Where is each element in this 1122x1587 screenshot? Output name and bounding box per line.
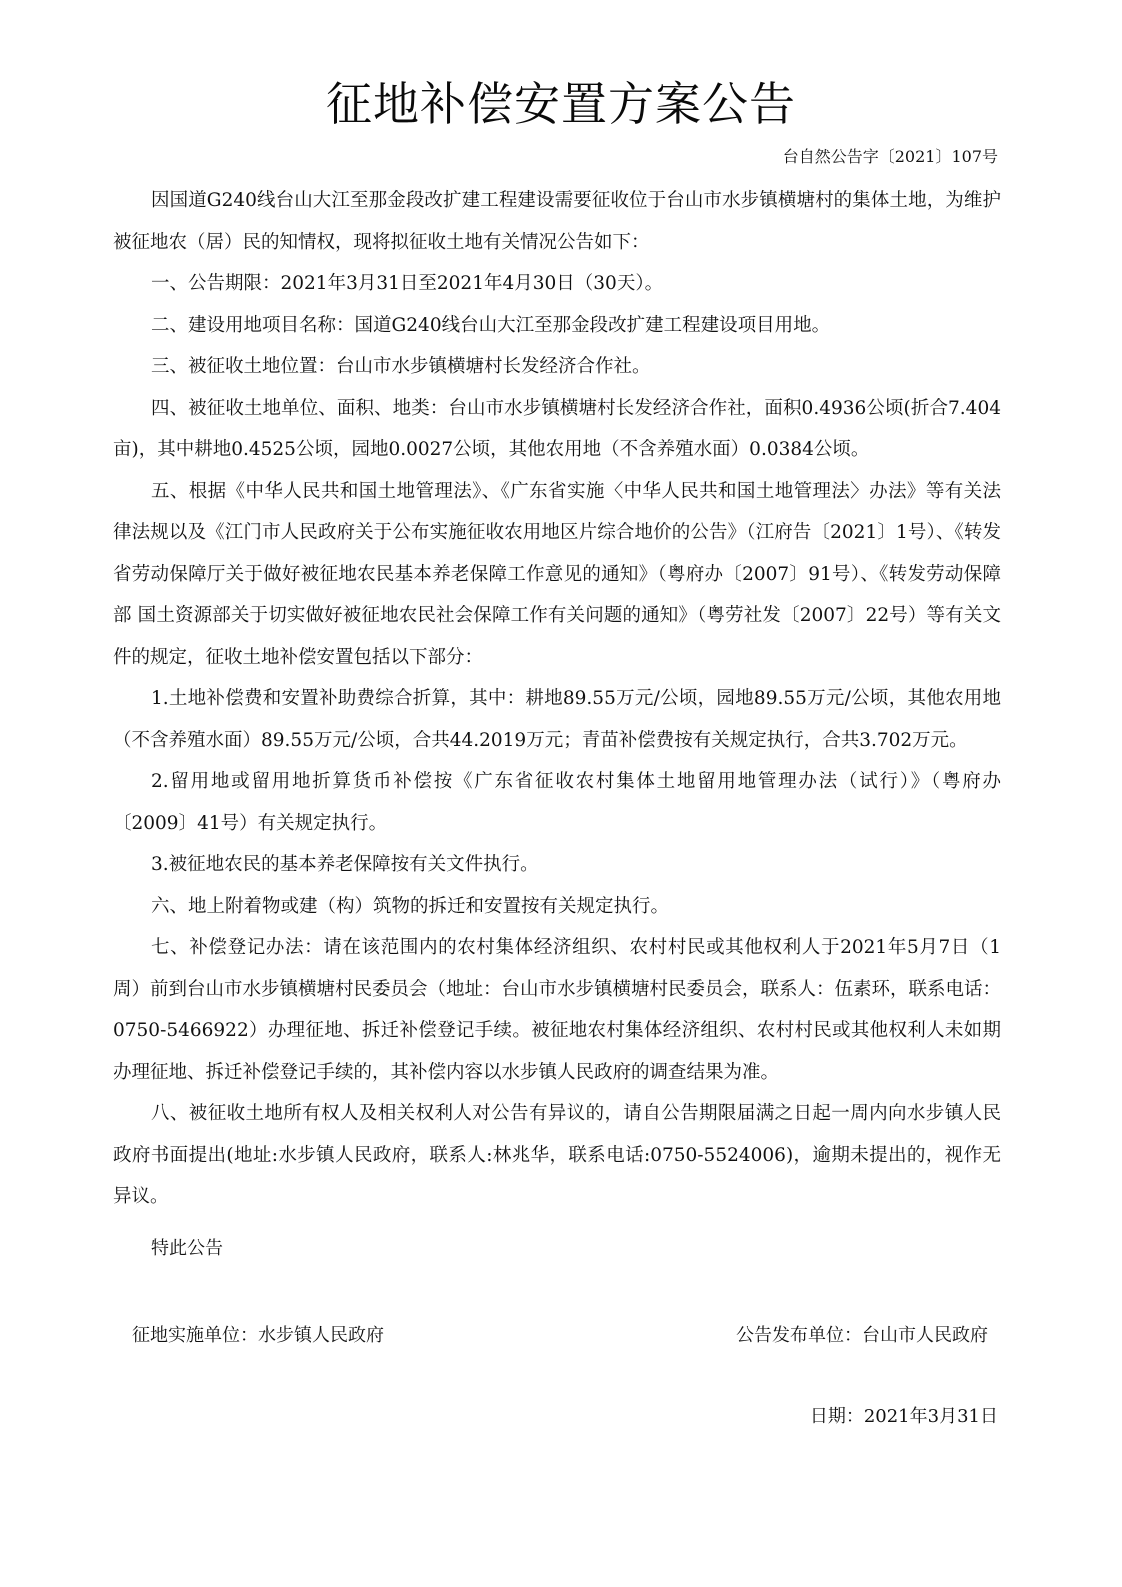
item-3-pension: 3.被征地农民的基本养老保障按有关文件执行。	[113, 844, 1001, 886]
document-title: 征地补偿安置方案公告	[0, 76, 1122, 132]
section-8-objection: 八、被征收土地所有权人及相关权利人对公告有异议的，请自公告期限届满之日起一周内向…	[113, 1093, 1001, 1218]
publishing-unit: 公告发布单位：台山市人民政府	[736, 1321, 988, 1351]
document-date: 日期：2021年3月31日	[810, 1402, 998, 1432]
item-1-compensation: 1.土地补偿费和安置补助费综合折算，其中：耕地89.55万元/公顷，园地89.5…	[113, 678, 1001, 761]
section-3-land-location: 三、被征收土地位置：台山市水步镇横塘村长发经济合作社。	[113, 346, 1001, 388]
closing-statement: 特此公告	[151, 1234, 223, 1264]
section-7-registration: 七、补偿登记办法：请在该范围内的农村集体经济组织、农村村民或其他权利人于2021…	[113, 927, 1001, 1093]
item-2-reserved-land: 2.留用地或留用地折算货币补偿按《广东省征收农村集体土地留用地管理办法（试行）》…	[113, 761, 1001, 844]
implementing-unit: 征地实施单位：水步镇人民政府	[132, 1321, 384, 1351]
document-body: 因国道G240线台山大江至那金段改扩建工程建设需要征收位于台山市水步镇横塘村的集…	[113, 180, 1001, 1218]
section-1-notice-period: 一、公告期限：2021年3月31日至2021年4月30日（30天）。	[113, 263, 1001, 305]
section-2-project-name: 二、建设用地项目名称：国道G240线台山大江至那金段改扩建工程建设项目用地。	[113, 305, 1001, 347]
document-page: 征地补偿安置方案公告 台自然公告字〔2021〕107号 因国道G240线台山大江…	[0, 0, 1122, 1587]
section-6-demolition: 六、地上附着物或建（构）筑物的拆迁和安置按有关规定执行。	[113, 886, 1001, 928]
section-5-legal-basis: 五、根据《中华人民共和国土地管理法》、《广东省实施〈中华人民共和国土地管理法〉办…	[113, 471, 1001, 679]
intro-paragraph: 因国道G240线台山大江至那金段改扩建工程建设需要征收位于台山市水步镇横塘村的集…	[113, 180, 1001, 263]
section-4-land-area: 四、被征收土地单位、面积、地类：台山市水步镇横塘村长发经济合作社，面积0.493…	[113, 388, 1001, 471]
document-number: 台自然公告字〔2021〕107号	[783, 146, 998, 168]
